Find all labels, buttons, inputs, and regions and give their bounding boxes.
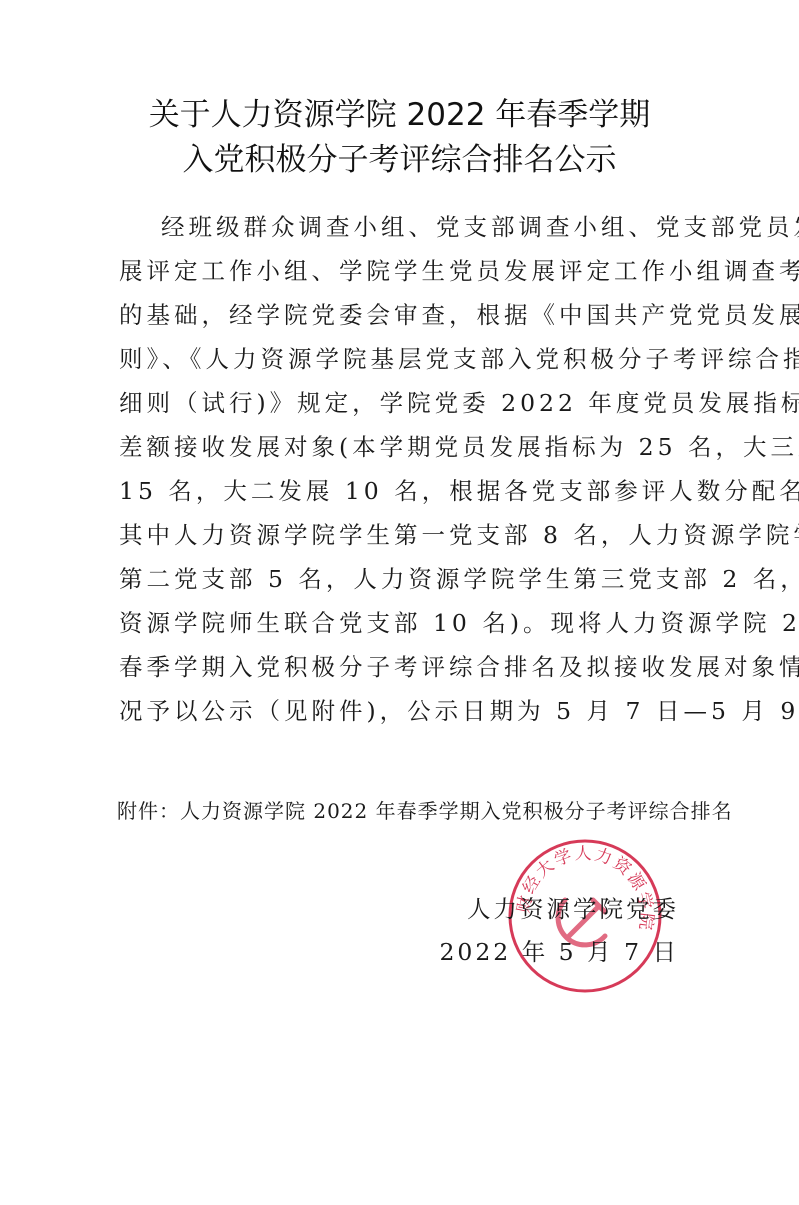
body-line: 经班级群众调查小组、党支部调查小组、党支部党员发 [119, 205, 681, 249]
notice-body: 经班级群众调查小组、党支部调查小组、党支部党员发 展评定工作小组、学院学生党员发… [119, 205, 681, 733]
body-line: 其中人力资源学院学生第一党支部 8 名，人力资源学院学生 [119, 513, 681, 557]
title-line-2: 入党积极分子考评综合排名公示 [0, 138, 799, 183]
body-line: 第二党支部 5 名，人力资源学院学生第三党支部 2 名，人力 [119, 557, 681, 601]
signature-block: 人力资源学院党委 2022 年 5 月 7 日 [439, 888, 679, 974]
document-title: 关于人力资源学院 2022 年春季学期 入党积极分子考评综合排名公示 [0, 93, 799, 183]
body-line: 则》、《人力资源学院基层党支部入党积极分子考评综合指标 [119, 337, 681, 381]
body-line: 的基础，经学院党委会审查，根据《中国共产党党员发展细 [119, 293, 681, 337]
title-line-1: 关于人力资源学院 2022 年春季学期 [0, 93, 799, 138]
attachment-note: 附件：人力资源学院 2022 年春季学期入党积极分子考评综合排名 [117, 796, 733, 826]
body-line: 15 名，大二发展 10 名，根据各党支部参评人数分配名额。 [119, 469, 681, 513]
issue-date: 2022 年 5 月 7 日 [439, 931, 679, 974]
body-line: 资源学院师生联合党支部 10 名)。现将人力资源学院 2022 年 [119, 601, 681, 645]
body-line: 差额接收发展对象(本学期党员发展指标为 25 名，大三发展 [119, 425, 681, 469]
document-page: 关于人力资源学院 2022 年春季学期 入党积极分子考评综合排名公示 经班级群众… [0, 0, 799, 1205]
issuer-name: 人力资源学院党委 [439, 888, 679, 931]
body-line: 细则（试行)》规定，学院党委 2022 年度党员发展指标以及 [119, 381, 681, 425]
body-line: 展评定工作小组、学院学生党员发展评定工作小组调查考察 [119, 249, 681, 293]
body-line: 春季学期入党积极分子考评综合排名及拟接收发展对象情 [119, 645, 681, 689]
body-line: 况予以公示（见附件)，公示日期为 5 月 7 日—5 月 9 日。 [119, 689, 681, 733]
